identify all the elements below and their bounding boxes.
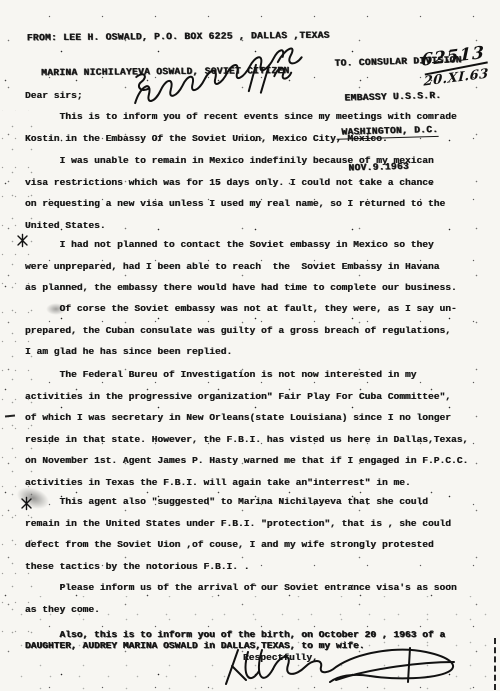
handwritten-scrawl <box>126 19 319 118</box>
paragraph-3: I had not planned to contact the Soviet … <box>25 234 457 299</box>
margin-dash-mark <box>5 414 15 417</box>
photocopy-artifact <box>494 638 496 690</box>
paragraph-1: This is to inform you of recent events s… <box>25 106 457 149</box>
paragraph-6: This agent also "suggested" to Marina Ni… <box>25 491 451 577</box>
paragraph-4: Of corse the Soviet embassy was not at f… <box>25 298 457 363</box>
greeting: Dear sirs; <box>25 90 83 101</box>
paragraph-5: The Federal Bureu of Investigation is no… <box>25 364 468 493</box>
handwritten-stamp-note: 62513 20.XI.63 <box>420 44 500 89</box>
to-line-2: EMBASSY U.S.S.R. <box>335 89 462 104</box>
x-mark-icon <box>16 234 29 247</box>
letter-page: FROM: LEE H. OSWALD, P.O. BOX 6225 , DAL… <box>0 0 500 691</box>
paragraph-7: Please inform us of the arrival of our S… <box>25 577 457 620</box>
x-mark-icon <box>20 497 33 510</box>
paragraph-2: I was unable to remain in Mexico indefin… <box>25 150 445 236</box>
handwritten-signature <box>212 638 467 690</box>
